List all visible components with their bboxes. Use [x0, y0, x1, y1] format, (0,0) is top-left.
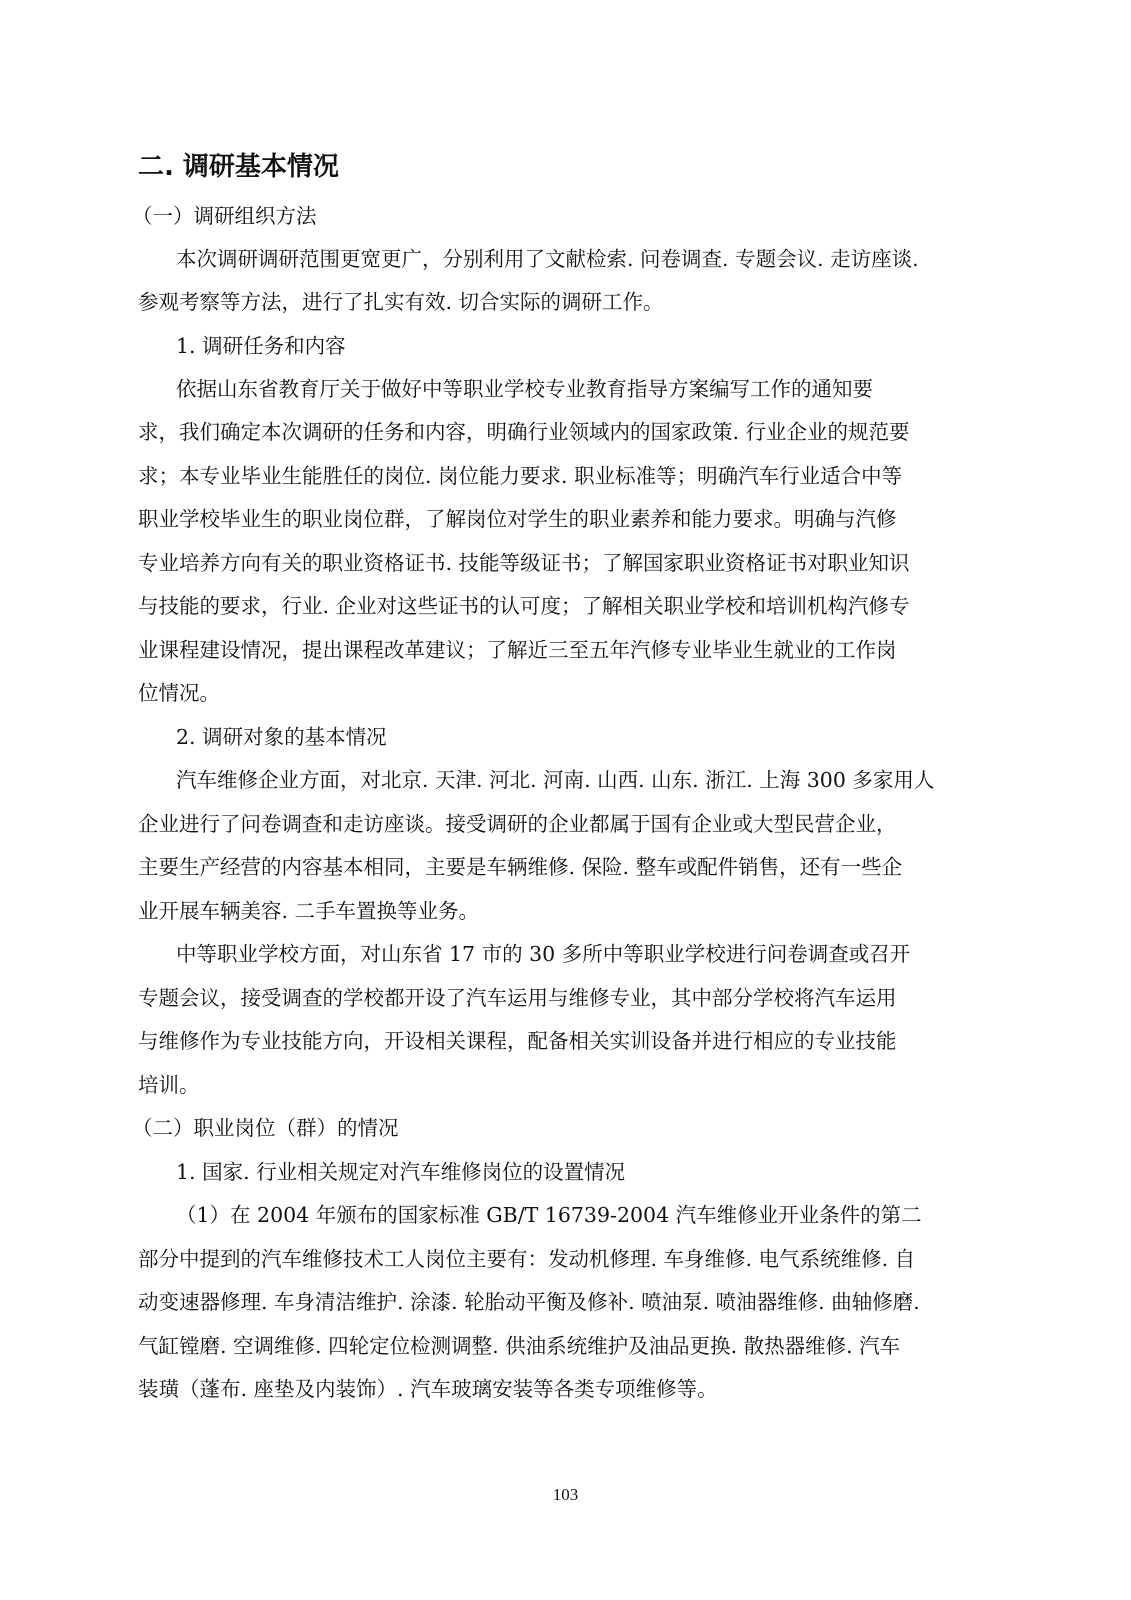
text-line: 2. 调研对象的基本情况 [176, 723, 387, 751]
text-line: 汽车维修企业方面，对北京. 天津. 河北. 河南. 山西. 山东. 浙江. 上海… [176, 766, 934, 794]
text-line: 依据山东省教育厅关于做好中等职业学校专业教育指导方案编写工作的通知要 [176, 375, 873, 403]
text-line: （1）在 2004 年颁布的国家标准 GB/T 16739-2004 汽车维修业… [176, 1201, 922, 1229]
text-line: （二）职业岗位（群）的情况 [132, 1114, 399, 1142]
text-line: 求，我们确定本次调研的任务和内容，明确行业领域内的国家政策. 行业企业的规范要 [138, 418, 910, 446]
section-heading: 二. 调研基本情况 [138, 146, 339, 183]
text-line: 专题会议，接受调查的学校都开设了汽车运用与维修专业，其中部分学校将汽车运用 [138, 984, 897, 1012]
text-line: 部分中提到的汽车维修技术工人岗位主要有：发动机修理. 车身维修. 电气系统维修.… [138, 1245, 915, 1273]
text-line: 1. 调研任务和内容 [176, 332, 346, 360]
text-line: 求；本专业毕业生能胜任的岗位. 岗位能力要求. 职业标准等；明确汽车行业适合中等 [138, 462, 902, 490]
text-line: 业课程建设情况，提出课程改革建议；了解近三至五年汽修专业毕业生就业的工作岗 [138, 636, 897, 664]
text-line: 专业培养方向有关的职业资格证书. 技能等级证书；了解国家职业资格证书对职业知识 [138, 549, 910, 577]
text-line: 主要生产经营的内容基本相同，主要是车辆维修. 保险. 整车或配件销售，还有一些企 [138, 853, 902, 881]
text-line: 本次调研调研范围更宽更广，分别利用了文献检索. 问卷调查. 专题会议. 走访座谈… [176, 245, 919, 273]
text-line: 与维修作为专业技能方向，开设相关课程，配备相关实训设备并进行相应的专业技能 [138, 1027, 897, 1055]
text-line: 培训。 [138, 1071, 200, 1099]
text-line: 装璜（蓬布. 座垫及内装饰）. 汽车玻璃安装等各类专项维修等。 [138, 1375, 718, 1403]
page-number: 103 [0, 1485, 1131, 1505]
text-line: 参观考察等方法，进行了扎实有效. 切合实际的调研工作。 [138, 288, 664, 316]
text-line: （一）调研组织方法 [132, 202, 317, 230]
text-line: 职业学校毕业生的职业岗位群，了解岗位对学生的职业素养和能力要求。明确与汽修 [138, 505, 897, 533]
text-line: 中等职业学校方面，对山东省 17 市的 30 多所中等职业学校进行问卷调查或召开 [176, 940, 910, 968]
text-line: 企业进行了问卷调查和走访座谈。接受调研的企业都属于国有企业或大型民营企业， [138, 810, 897, 838]
text-line: 1. 国家. 行业相关规定对汽车维修岗位的设置情况 [176, 1158, 625, 1186]
text-line: 与技能的要求，行业. 企业对这些证书的认可度；了解相关职业学校和培训机构汽修专 [138, 592, 910, 620]
text-line: 动变速器修理. 车身清洁维护. 涂漆. 轮胎动平衡及修补. 喷油泵. 喷油器维修… [138, 1288, 920, 1316]
document-page: 二. 调研基本情况 （一）调研组织方法本次调研调研范围更宽更广，分别利用了文献检… [0, 0, 1131, 1600]
text-line: 气缸镗磨. 空调维修. 四轮定位检测调整. 供油系统维护及油品更换. 散热器维修… [138, 1332, 900, 1360]
text-line: 业开展车辆美容. 二手车置换等业务。 [138, 897, 479, 925]
text-line: 位情况。 [138, 679, 220, 707]
